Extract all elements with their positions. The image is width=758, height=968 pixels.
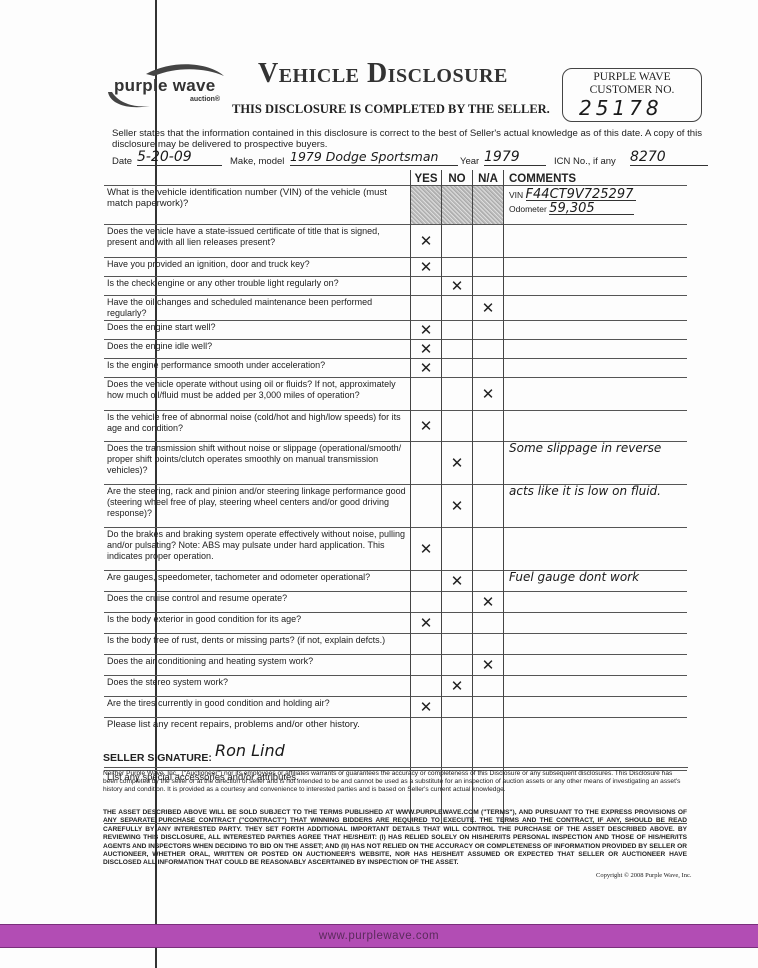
- answer-yes-checkbox[interactable]: [411, 277, 442, 296]
- col-comments: COMMENTS: [504, 170, 688, 186]
- answer-yes-checkbox[interactable]: ✕: [411, 613, 442, 634]
- table-row: Is the engine performance smooth under a…: [104, 359, 687, 378]
- col-no: NO: [442, 170, 473, 186]
- table-row: Have the oil changes and scheduled maint…: [104, 296, 687, 321]
- answer-yes-checkbox[interactable]: [411, 485, 442, 528]
- blank-cell: [473, 718, 504, 771]
- answer-no-checkbox[interactable]: [442, 697, 473, 718]
- answer-na-checkbox[interactable]: [473, 613, 504, 634]
- comment-field[interactable]: [504, 592, 688, 613]
- answer-no-checkbox[interactable]: [442, 528, 473, 571]
- odometer-field[interactable]: 59,305: [549, 203, 634, 215]
- question-text: Have you provided an ignition, door and …: [104, 258, 411, 277]
- shaded-cell: [473, 186, 504, 225]
- answer-no-checkbox[interactable]: [442, 655, 473, 676]
- answer-no-checkbox[interactable]: [442, 634, 473, 655]
- question-text: Does the vehicle operate without using o…: [104, 378, 411, 411]
- answer-no-checkbox[interactable]: [442, 258, 473, 277]
- question-text: Does the cruise control and resume opera…: [104, 592, 411, 613]
- date-label: Date: [112, 156, 132, 167]
- icn-label: ICN No., if any: [554, 156, 616, 167]
- icn-field[interactable]: 8270: [630, 149, 708, 166]
- answer-na-checkbox[interactable]: [473, 359, 504, 378]
- terms-text: THE ASSET DESCRIBED ABOVE WILL BE SOLD S…: [103, 809, 687, 868]
- answer-yes-checkbox[interactable]: ✕: [411, 359, 442, 378]
- answer-no-checkbox[interactable]: [442, 340, 473, 359]
- table-row: Have you provided an ignition, door and …: [104, 258, 687, 277]
- answer-yes-checkbox[interactable]: ✕: [411, 340, 442, 359]
- purple-wave-logo: purple wave auction®: [106, 62, 226, 112]
- answer-no-checkbox[interactable]: ✕: [442, 676, 473, 697]
- vin-field[interactable]: F44CT9V725297: [526, 189, 636, 201]
- date-field[interactable]: 5-20-09: [137, 149, 222, 166]
- vin-row: What is the vehicle identification numbe…: [104, 186, 687, 225]
- col-na: N/A: [473, 170, 504, 186]
- signature-rule: [104, 767, 688, 768]
- question-text: Does the engine idle well?: [104, 340, 411, 359]
- answer-na-checkbox[interactable]: [473, 258, 504, 277]
- comment-field[interactable]: Fuel gauge dont work: [504, 571, 688, 592]
- answer-no-checkbox[interactable]: [442, 321, 473, 340]
- answer-no-checkbox[interactable]: [442, 225, 473, 258]
- answer-na-checkbox[interactable]: [473, 411, 504, 442]
- comment-field[interactable]: [504, 411, 688, 442]
- comment-field[interactable]: acts like it is low on fluid.: [504, 485, 688, 528]
- answer-yes-checkbox[interactable]: ✕: [411, 528, 442, 571]
- disclosure-table: YES NO N/A COMMENTS What is the vehicle …: [104, 170, 687, 824]
- question-text: Have the oil changes and scheduled maint…: [104, 296, 411, 321]
- comment-field[interactable]: [504, 718, 688, 771]
- comment-field[interactable]: [504, 277, 688, 296]
- answer-yes-checkbox[interactable]: ✕: [411, 321, 442, 340]
- answer-na-checkbox[interactable]: [473, 340, 504, 359]
- question-text: Is the body exterior in good condition f…: [104, 613, 411, 634]
- table-row: Does the engine start well?✕: [104, 321, 687, 340]
- logo-word: purple wave: [114, 76, 216, 96]
- table-row: Is the check engine or any other trouble…: [104, 277, 687, 296]
- table-row: Is the vehicle free of abnormal noise (c…: [104, 411, 687, 442]
- answer-no-checkbox[interactable]: ✕: [442, 571, 473, 592]
- copyright: Copyright © 2008 Purple Wave, Inc.: [596, 872, 691, 879]
- table-row: Is the body free of rust, dents or missi…: [104, 634, 687, 655]
- customer-number-box: PURPLE WAVE CUSTOMER NO. 25178: [562, 68, 702, 122]
- question-text: Does the air conditioning and heating sy…: [104, 655, 411, 676]
- odometer-label: Odometer: [509, 204, 547, 214]
- signature-field[interactable]: Ron Lind: [215, 741, 285, 760]
- answer-yes-checkbox[interactable]: [411, 378, 442, 411]
- table-row: Does the transmission shift without nois…: [104, 442, 687, 485]
- answer-na-checkbox[interactable]: [473, 634, 504, 655]
- answer-yes-checkbox[interactable]: [411, 442, 442, 485]
- question-text: Do the brakes and braking system operate…: [104, 528, 411, 571]
- comment-field[interactable]: [504, 359, 688, 378]
- answer-no-checkbox[interactable]: ✕: [442, 485, 473, 528]
- make-label: Make, model: [230, 156, 284, 167]
- question-text: Is the check engine or any other trouble…: [104, 277, 411, 296]
- comment-field[interactable]: [504, 676, 688, 697]
- footer-url[interactable]: www.purplewave.com: [319, 930, 439, 942]
- comment-field[interactable]: [504, 528, 688, 571]
- comment-field[interactable]: [504, 697, 688, 718]
- answer-no-checkbox[interactable]: [442, 411, 473, 442]
- answer-yes-checkbox[interactable]: [411, 634, 442, 655]
- table-row: Are gauges, speedometer, tachometer and …: [104, 571, 687, 592]
- answer-na-checkbox[interactable]: ✕: [473, 296, 504, 321]
- answer-na-checkbox[interactable]: [473, 571, 504, 592]
- answer-yes-checkbox[interactable]: ✕: [411, 697, 442, 718]
- customer-number[interactable]: 25178: [579, 96, 663, 120]
- answer-yes-checkbox[interactable]: ✕: [411, 225, 442, 258]
- vin-comment-cell: VIN F44CT9V725297 Odometer 59,305: [504, 186, 688, 225]
- question-text: Is the vehicle free of abnormal noise (c…: [104, 411, 411, 442]
- question-text: Are the steering, rack and pinion and/or…: [104, 485, 411, 528]
- comment-field[interactable]: [504, 258, 688, 277]
- answer-no-checkbox[interactable]: [442, 613, 473, 634]
- comment-field[interactable]: [504, 613, 688, 634]
- shaded-cell: [442, 186, 473, 225]
- answer-no-checkbox[interactable]: ✕: [442, 277, 473, 296]
- answer-yes-checkbox[interactable]: [411, 571, 442, 592]
- table-row: Does the air conditioning and heating sy…: [104, 655, 687, 676]
- comment-field[interactable]: [504, 378, 688, 411]
- answer-na-checkbox[interactable]: [473, 697, 504, 718]
- answer-na-checkbox[interactable]: [473, 485, 504, 528]
- answer-yes-checkbox[interactable]: ✕: [411, 258, 442, 277]
- question-text: Are gauges, speedometer, tachometer and …: [104, 571, 411, 592]
- shaded-cell: [411, 186, 442, 225]
- question-text: Does the transmission shift without nois…: [104, 442, 411, 485]
- signature-label: SELLER SIGNATURE:: [103, 752, 212, 764]
- answer-na-checkbox[interactable]: [473, 321, 504, 340]
- table-row: Does the cruise control and resume opera…: [104, 592, 687, 613]
- table-row: Does the engine idle well?✕: [104, 340, 687, 359]
- answer-yes-checkbox[interactable]: [411, 592, 442, 613]
- table-header: YES NO N/A COMMENTS: [104, 170, 687, 186]
- answer-na-checkbox[interactable]: [473, 676, 504, 697]
- comment-field[interactable]: [504, 296, 688, 321]
- customer-number-label: PURPLE WAVE CUSTOMER NO.: [563, 71, 701, 97]
- col-yes: YES: [411, 170, 442, 186]
- table-row: Does the vehicle have a state-issued cer…: [104, 225, 687, 258]
- answer-na-checkbox[interactable]: [473, 225, 504, 258]
- answer-no-checkbox[interactable]: [442, 359, 473, 378]
- table-row: Does the stereo system work?✕: [104, 676, 687, 697]
- answer-no-checkbox[interactable]: [442, 296, 473, 321]
- question-text: Does the stereo system work?: [104, 676, 411, 697]
- answer-yes-checkbox[interactable]: [411, 655, 442, 676]
- footer-bar: www.purplewave.com: [0, 924, 758, 948]
- intro-statement: Seller states that the information conta…: [112, 128, 722, 150]
- answer-na-checkbox[interactable]: ✕: [473, 655, 504, 676]
- answer-yes-checkbox[interactable]: [411, 296, 442, 321]
- answer-no-checkbox[interactable]: [442, 592, 473, 613]
- blank-cell: [442, 718, 473, 771]
- disclaimer: Neither Purple Wave, Inc., ("Auctioneer"…: [103, 770, 687, 794]
- answer-yes-checkbox[interactable]: ✕: [411, 411, 442, 442]
- question-text: Are the tires currently in good conditio…: [104, 697, 411, 718]
- question-text: Is the body free of rust, dents or missi…: [104, 634, 411, 655]
- answer-na-checkbox[interactable]: ✕: [473, 592, 504, 613]
- question-text: Is the engine performance smooth under a…: [104, 359, 411, 378]
- table-row: Is the body exterior in good condition f…: [104, 613, 687, 634]
- answer-no-checkbox[interactable]: ✕: [442, 442, 473, 485]
- page-title: Vehicle Disclosure: [258, 58, 508, 90]
- year-label: Year: [460, 156, 479, 167]
- make-field[interactable]: 1979 Dodge Sportsman: [290, 149, 458, 166]
- answer-na-checkbox[interactable]: [473, 277, 504, 296]
- table-row: Do the brakes and braking system operate…: [104, 528, 687, 571]
- question-text: Does the vehicle have a state-issued cer…: [104, 225, 411, 258]
- answer-na-checkbox[interactable]: [473, 442, 504, 485]
- table-row: Does the vehicle operate without using o…: [104, 378, 687, 411]
- vin-question: What is the vehicle identification numbe…: [104, 186, 411, 225]
- logo-sub: auction®: [190, 96, 220, 103]
- comment-field[interactable]: [504, 655, 688, 676]
- table-row: Are the steering, rack and pinion and/or…: [104, 485, 687, 528]
- year-field[interactable]: 1979: [484, 149, 546, 166]
- answer-na-checkbox[interactable]: ✕: [473, 378, 504, 411]
- comment-field[interactable]: [504, 340, 688, 359]
- table-row: Are the tires currently in good conditio…: [104, 697, 687, 718]
- comment-field[interactable]: [504, 321, 688, 340]
- vin-label: VIN: [509, 190, 523, 200]
- blank-cell: [411, 718, 442, 771]
- question-text: Does the engine start well?: [104, 321, 411, 340]
- comment-field[interactable]: [504, 225, 688, 258]
- page-subtitle: THIS DISCLOSURE IS COMPLETED BY THE SELL…: [232, 102, 550, 117]
- answer-yes-checkbox[interactable]: [411, 676, 442, 697]
- vehicle-meta-line: Date 5-20-09 Make, model 1979 Dodge Spor…: [112, 152, 712, 168]
- comment-field[interactable]: Some slippage in reverse: [504, 442, 688, 485]
- answer-na-checkbox[interactable]: [473, 528, 504, 571]
- comment-field[interactable]: [504, 634, 688, 655]
- answer-no-checkbox[interactable]: [442, 378, 473, 411]
